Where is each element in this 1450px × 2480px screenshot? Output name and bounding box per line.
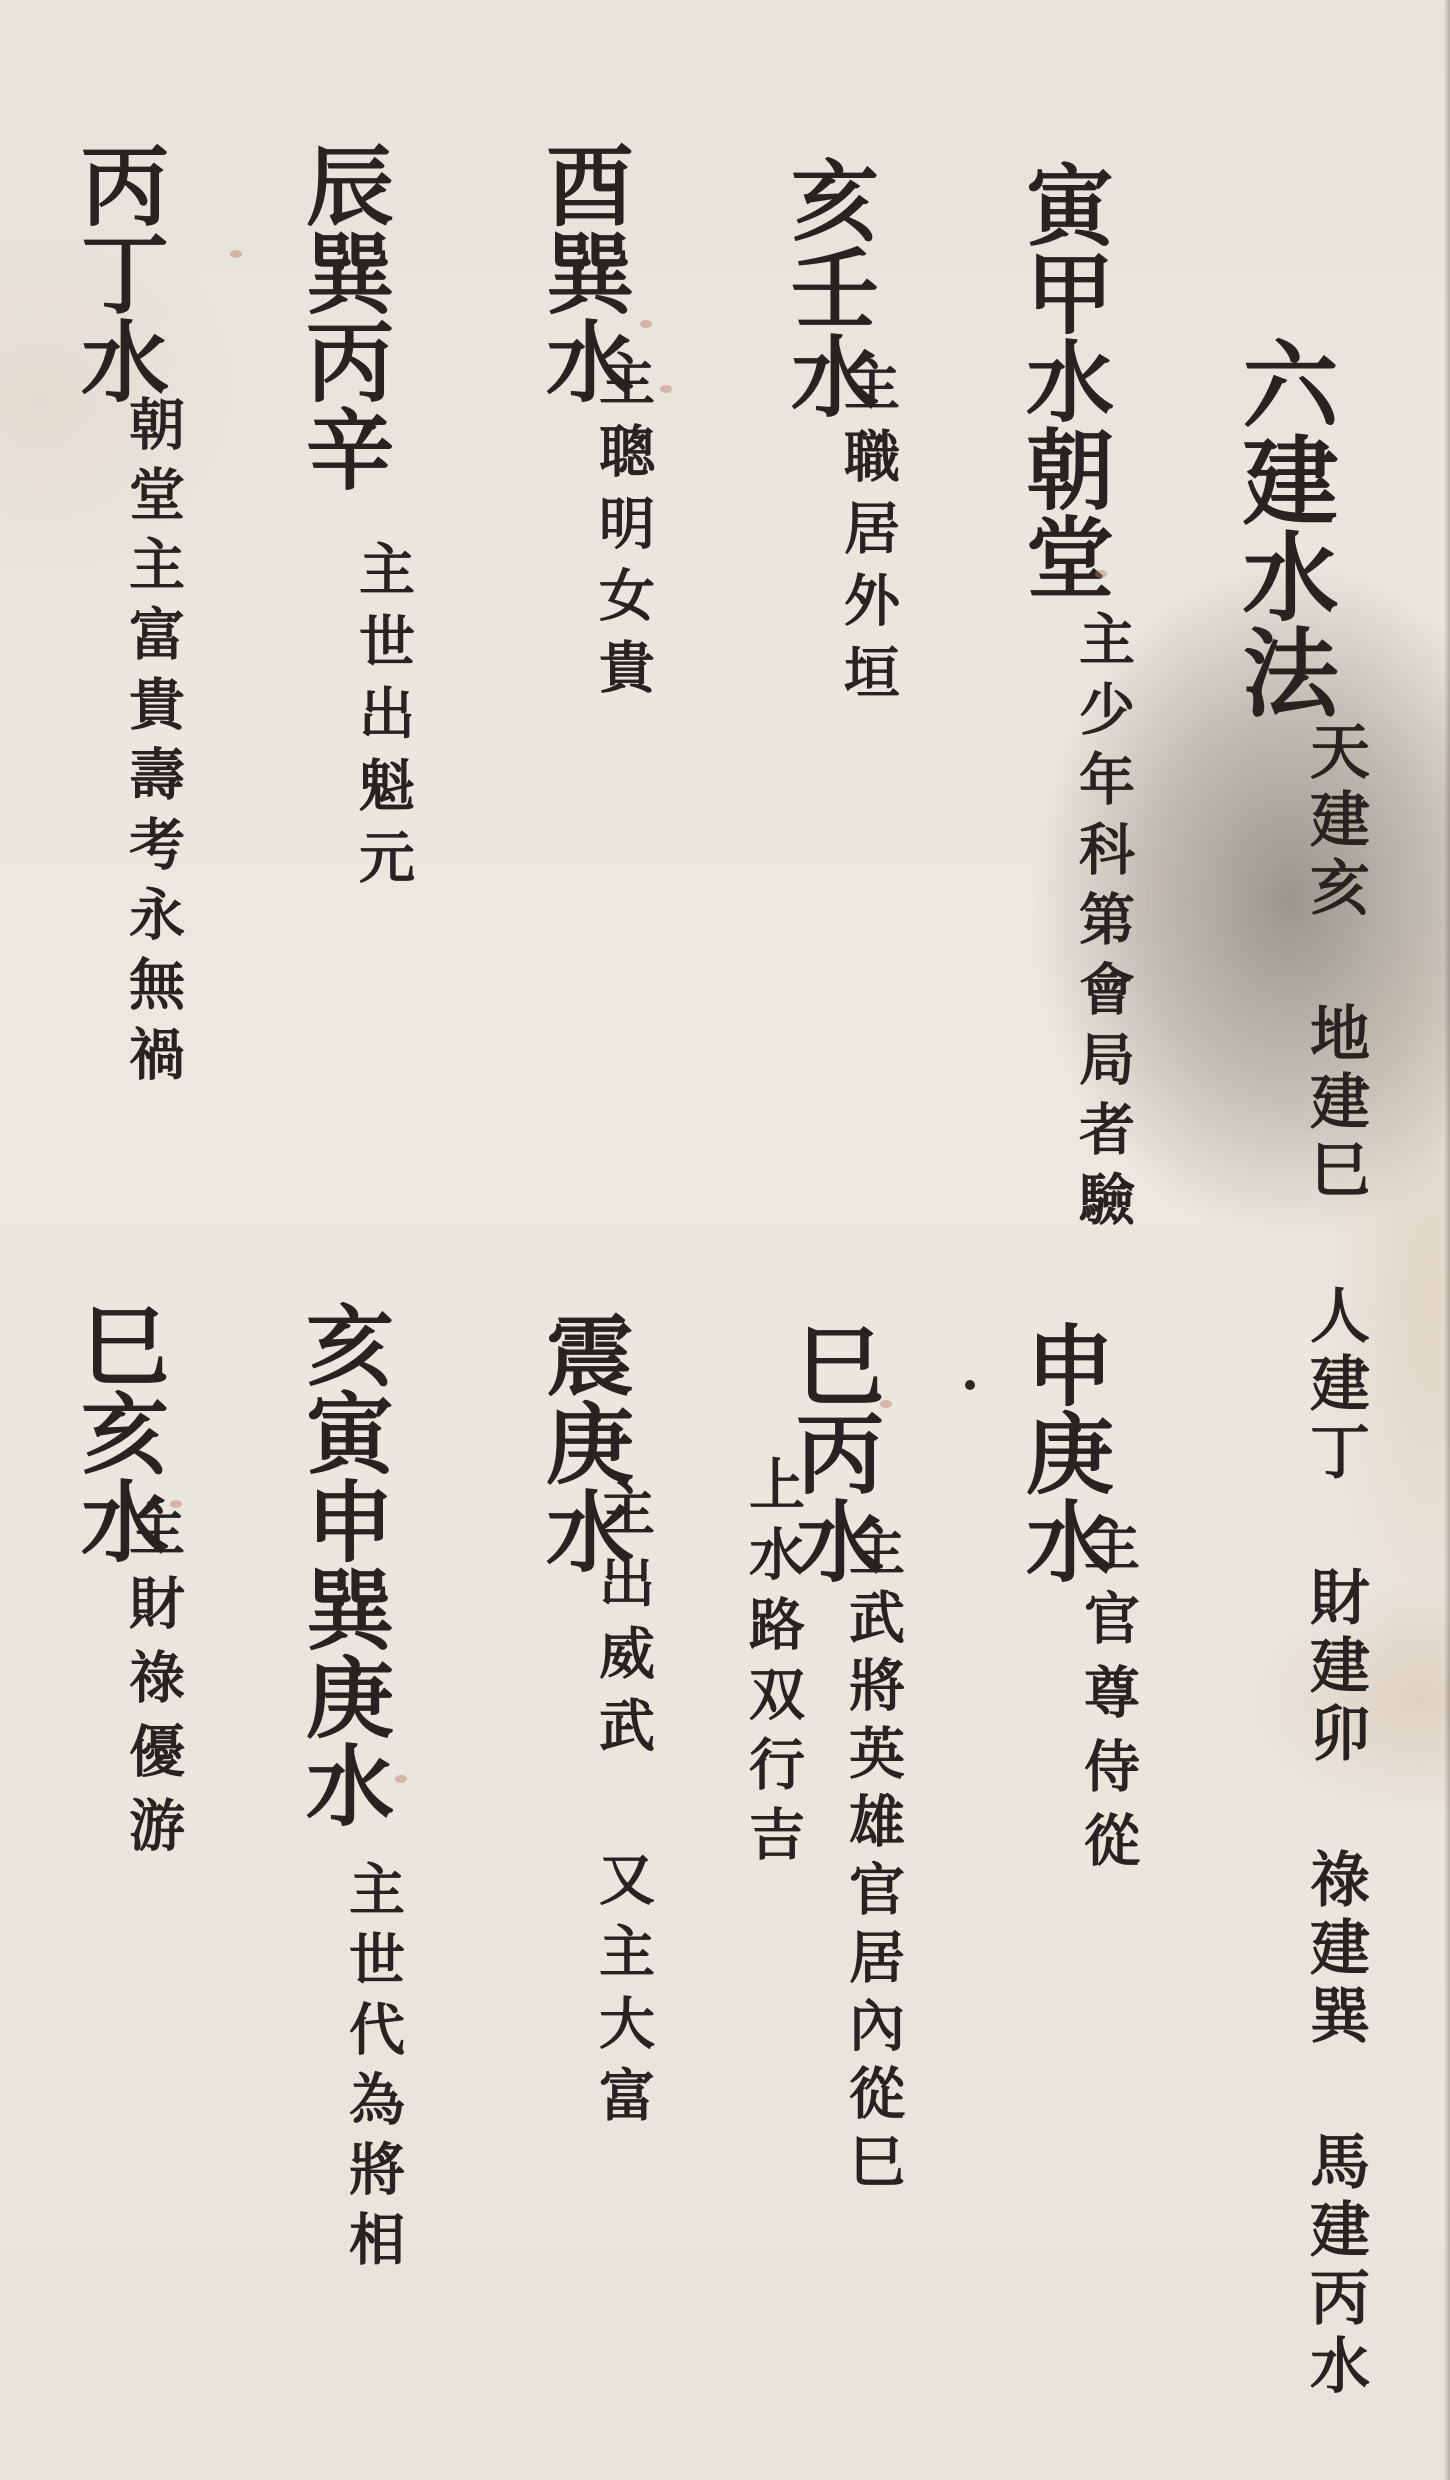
entry-text-zhengeng: 主出威武 又主大富 — [595, 1480, 651, 2138]
entry-text-yinjia: 主少年科第會局者驗 — [1075, 610, 1131, 1240]
entry-text-sibing: 主武將英雄官居內從巳 — [845, 1520, 901, 2200]
stain-speck — [230, 250, 242, 258]
entry-text-bingding: 朝堂主富貴壽考永無禍 — [125, 395, 181, 1095]
page-edge-shadow — [1444, 0, 1450, 2480]
entry-side-note-sibing: 上水路双行吉 — [745, 1455, 801, 1875]
entry-heading-yinjia: 寅甲水朝堂 — [1020, 160, 1108, 600]
stain-speck — [640, 320, 652, 328]
stain-speck — [1095, 570, 1107, 578]
manuscript-page: 六建水法 天建亥 地建巳 人建丁 財建卯 祿建巽 馬建丙水 寅甲水朝堂 主少年科… — [0, 0, 1450, 2480]
entry-text-haiyin: 主世代為將相 — [345, 1860, 401, 2280]
entry-text-sihai: 主財祿優游 — [125, 1500, 181, 1870]
entry-heading-chenxun: 辰巽丙辛 — [300, 140, 388, 492]
ink-dot — [965, 1380, 975, 1390]
entry-text-youxun: 主聰明女貴 — [595, 350, 651, 710]
stain-speck — [660, 385, 672, 393]
stain-speck — [170, 1500, 182, 1508]
entry-text-chenxun: 主世出魁元 — [355, 540, 411, 900]
stain-speck — [880, 1400, 892, 1408]
entry-text-hairen: 主職居外垣 — [840, 355, 896, 715]
entry-heading-bingding: 丙丁水 — [75, 140, 163, 404]
title-annotation: 天建亥 地建巳 人建丁 財建卯 祿建巽 馬建丙水 — [1305, 720, 1365, 2402]
stain-speck — [395, 1775, 407, 1783]
document-title: 六建水法 — [1235, 335, 1331, 719]
entry-text-shengeng: 主官尊侍從 — [1080, 1515, 1136, 1885]
entry-heading-haiyin: 亥寅申巽庚水 — [300, 1300, 388, 1828]
